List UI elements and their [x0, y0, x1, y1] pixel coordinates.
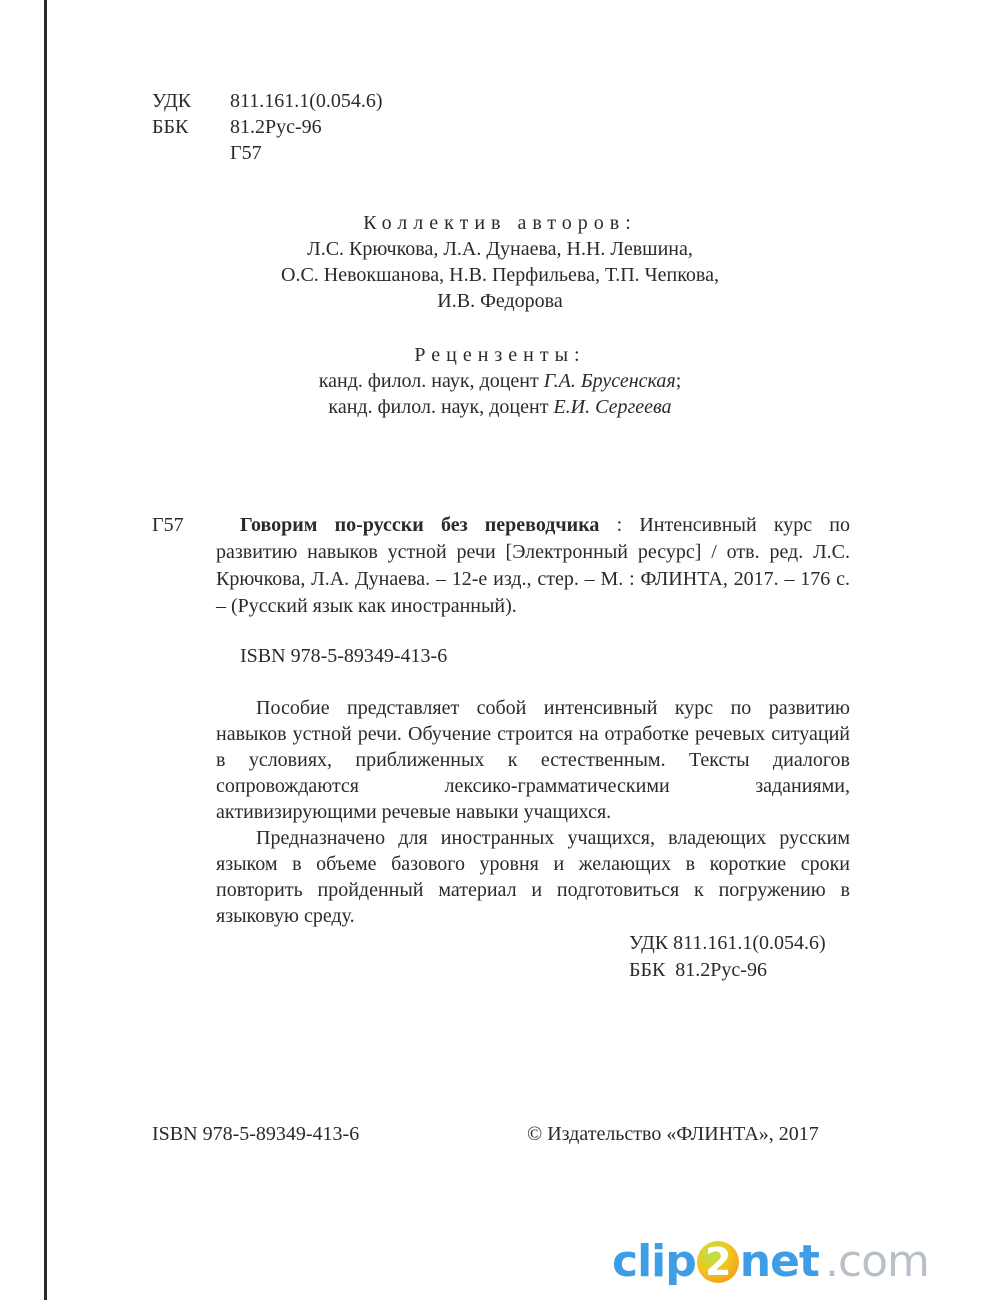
abstract-paragraph: Предназначено для иностранных учащихся, … — [216, 825, 850, 929]
authors-line: О.С. Невокшанова, Н.В. Перфильева, Т.П. … — [150, 262, 850, 288]
author-mark: Г57 — [230, 140, 262, 166]
bibliographic-record: Г57 Говорим по-русски без переводчика : … — [152, 512, 850, 620]
authors-block: Коллектив авторов: Л.С. Крючкова, Л.А. Д… — [150, 210, 850, 314]
reviewer-line: канд. филол. наук, доцент Г.А. Брусенска… — [150, 368, 850, 394]
abstract-bbk: ББК 81.2Рус-96 — [629, 957, 826, 984]
reviewers-heading: Рецензенты: — [150, 342, 850, 368]
bbk-value: 81.2Рус-96 — [230, 114, 322, 140]
biblio-mark: Г57 — [152, 512, 184, 539]
bbk-label: ББК — [152, 114, 230, 140]
abstract-paragraph: Пособие представляет собой интенсивный к… — [216, 695, 850, 825]
abstract: Пособие представляет собой интенсивный к… — [216, 695, 850, 929]
footer-isbn: ISBN 978-5-89349-413-6 — [152, 1121, 359, 1147]
authors-line: Л.С. Крючкова, Л.А. Дунаева, Н.Н. Левшин… — [150, 236, 850, 262]
reviewer-line: канд. филол. наук, доцент Е.И. Сергеева — [150, 394, 850, 420]
abstract-udk: УДК 811.161.1(0.054.6) — [629, 930, 826, 957]
abstract-codes: УДК 811.161.1(0.054.6) ББК 81.2Рус-96 — [629, 930, 826, 984]
isbn: ISBN 978-5-89349-413-6 — [240, 643, 447, 669]
reviewers-block: Рецензенты: канд. филол. наук, доцент Г.… — [150, 342, 850, 420]
classification-codes: УДК811.161.1(0.054.6) ББК81.2Рус-96 Г57 — [152, 88, 383, 166]
clip2net-watermark: clip2net.com — [612, 1236, 929, 1287]
footer-copyright: © Издательство «ФЛИНТА», 2017 — [527, 1121, 819, 1147]
reviewer-name: Е.И. Сергеева — [553, 396, 671, 418]
reviewer-name: Г.А. Брусенская — [544, 370, 676, 392]
page-edge-line — [44, 0, 47, 1300]
udk-value: 811.161.1(0.054.6) — [230, 88, 383, 114]
book-title: Говорим по-русски без переводчика — [240, 514, 599, 536]
udk-label: УДК — [152, 88, 230, 114]
clip2net-logo-icon: 2 — [697, 1241, 739, 1283]
authors-heading: Коллектив авторов: — [150, 210, 850, 236]
authors-line: И.В. Федорова — [150, 288, 850, 314]
